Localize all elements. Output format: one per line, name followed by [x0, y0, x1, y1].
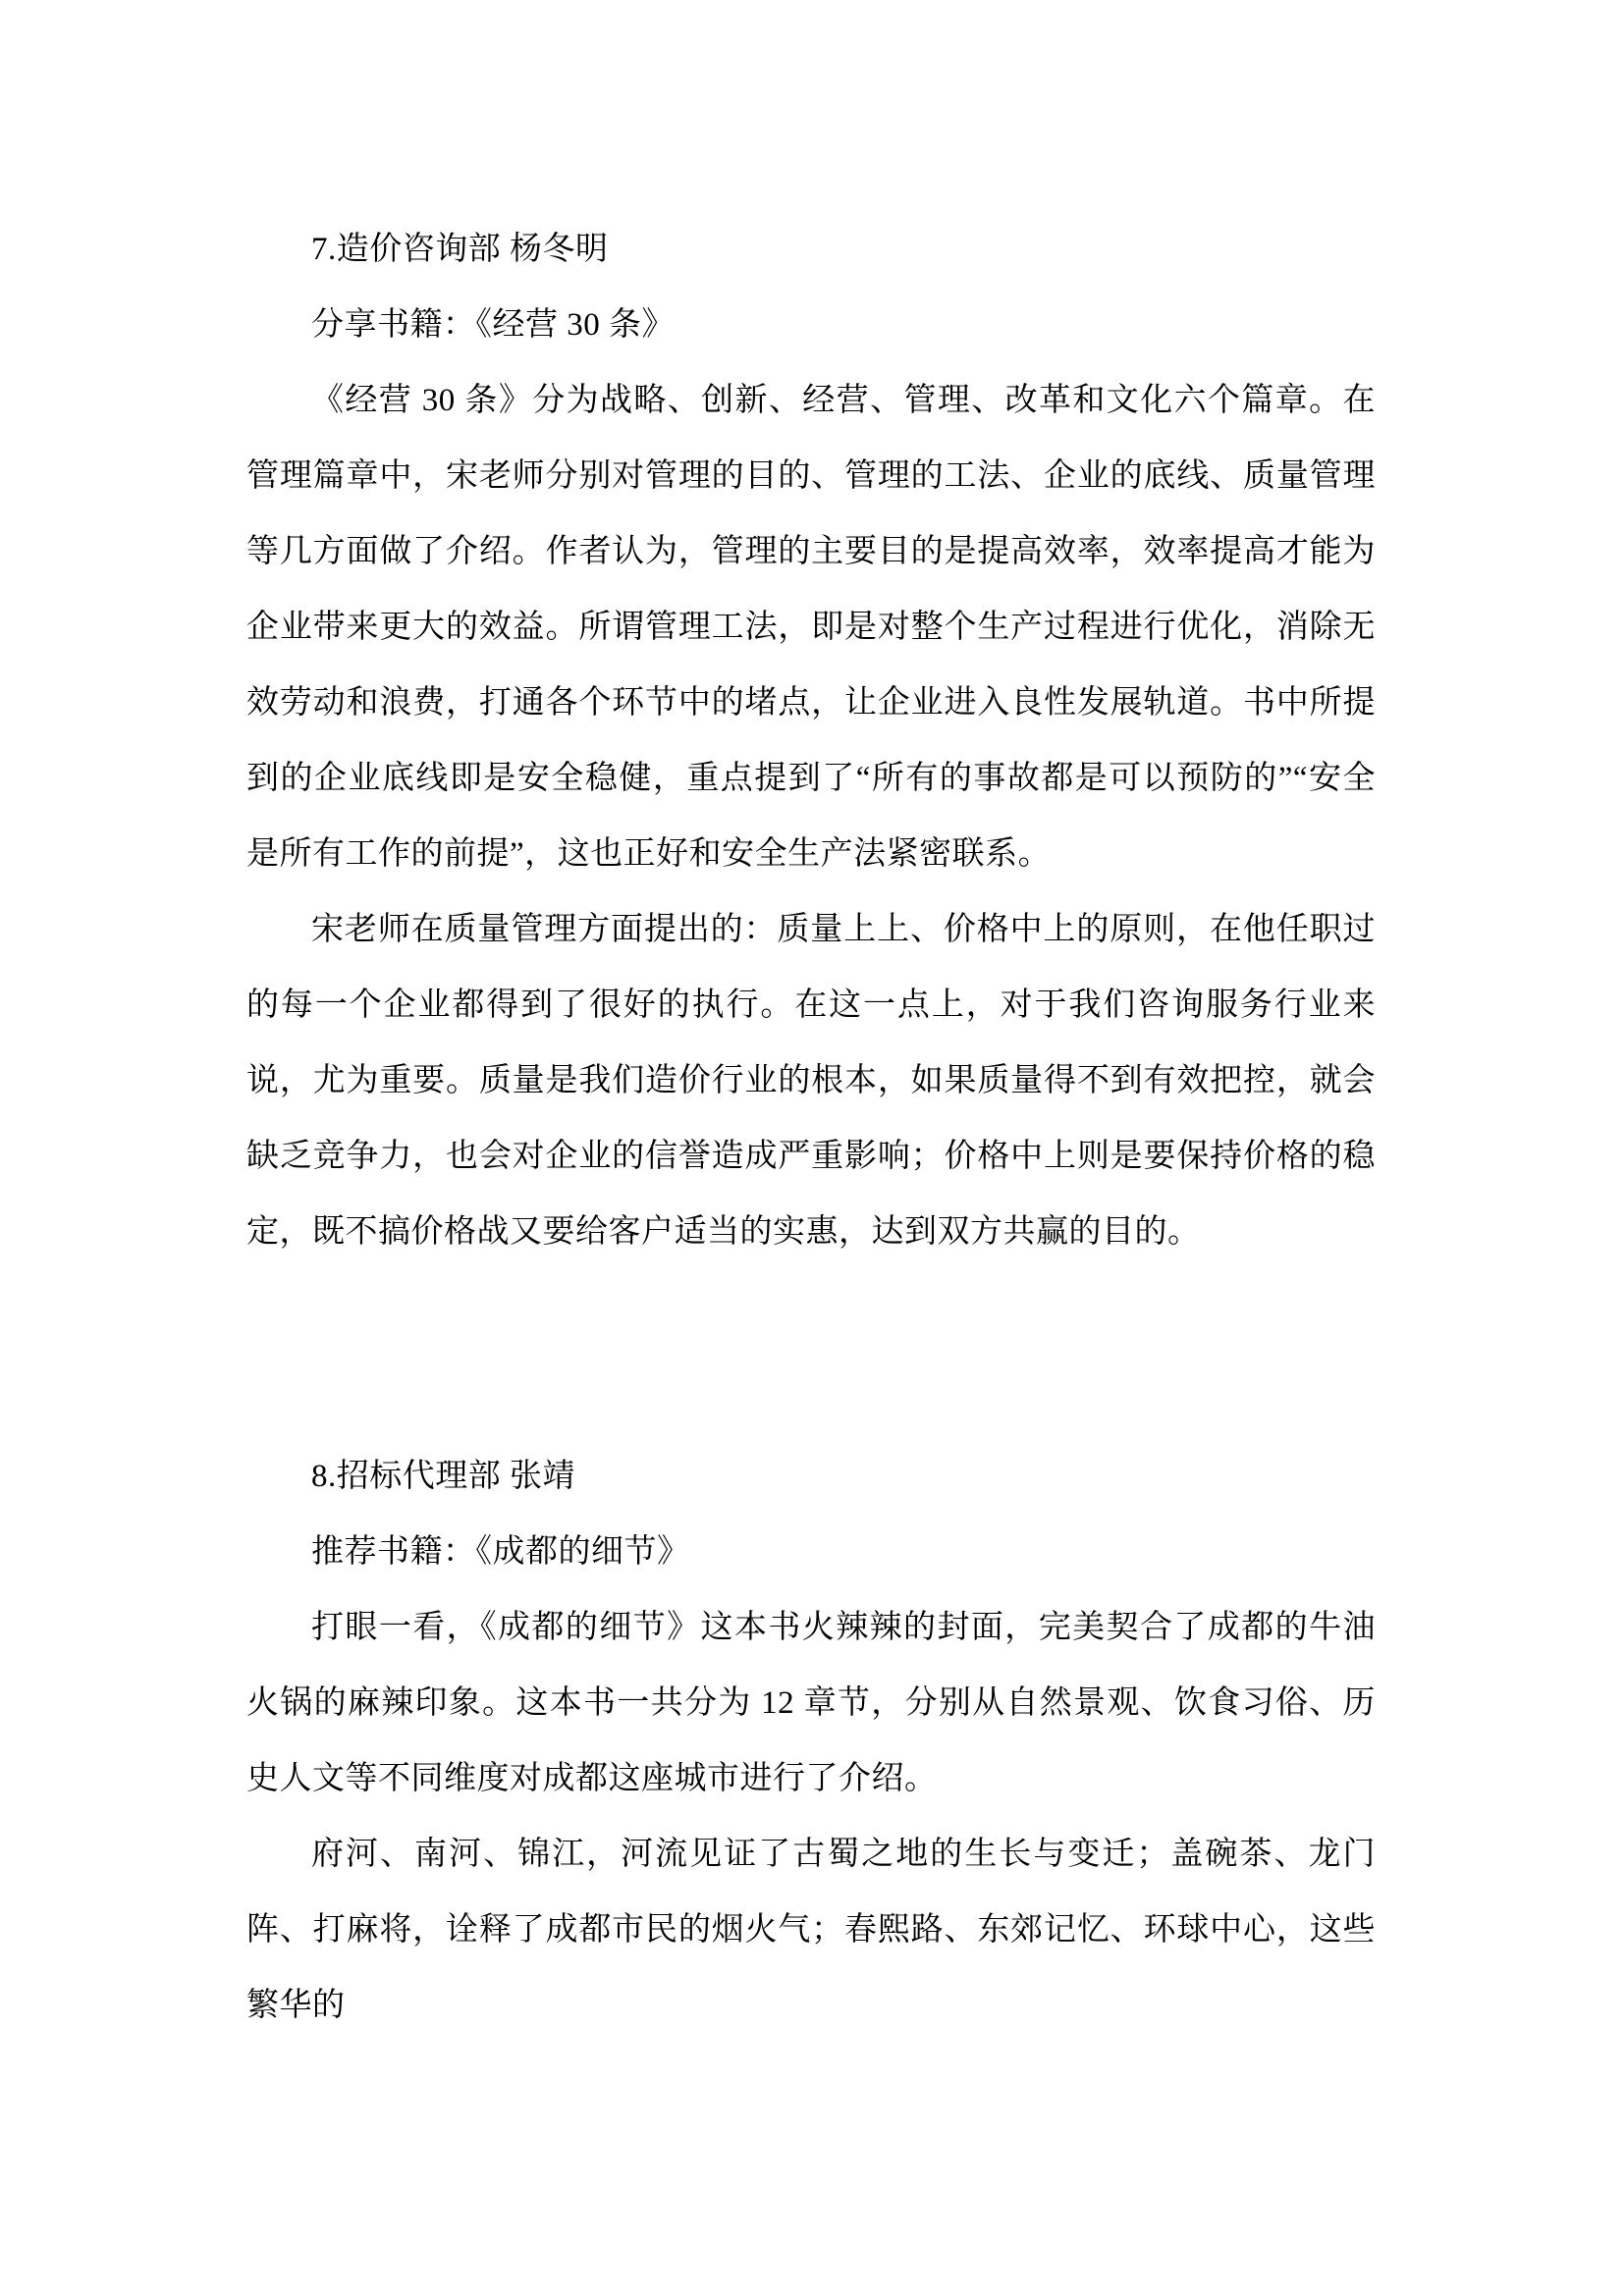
- section-8-paragraph-2: 府河、南河、锦江，河流见证了古蜀之地的生长与变迁；盖碗茶、龙门阵、打麻将，诠释了…: [246, 1817, 1376, 2044]
- section-8-bidding-agency: 8.招标代理部 张靖 推荐书籍：《成都的细节》 打眼一看，《成都的细节》这本书火…: [246, 1439, 1376, 2044]
- document-page: 7.造价咨询部 杨冬明 分享书籍：《经营 30 条》 《经营 30 条》分为战略…: [0, 0, 1624, 2296]
- section-7-paragraph-2: 宋老师在质量管理方面提出的：质量上上、价格中上的原则，在他任职过的每一个企业都得…: [246, 892, 1376, 1270]
- section-gap: [246, 1270, 1376, 1439]
- section-8-paragraph-1: 打眼一看，《成都的细节》这本书火辣辣的封面，完美契合了成都的牛油火锅的麻辣印象。…: [246, 1590, 1376, 1817]
- section-7-cost-consulting: 7.造价咨询部 杨冬明 分享书籍：《经营 30 条》 《经营 30 条》分为战略…: [246, 212, 1376, 1270]
- section-7-paragraph-1: 《经营 30 条》分为战略、创新、经营、管理、改革和文化六个篇章。在管理篇章中，…: [246, 363, 1376, 892]
- section-8-book-line: 推荐书籍：《成都的细节》: [246, 1515, 1376, 1590]
- section-7-heading: 7.造价咨询部 杨冬明: [246, 212, 1376, 288]
- section-7-book-line: 分享书籍：《经营 30 条》: [246, 288, 1376, 363]
- section-8-heading: 8.招标代理部 张靖: [246, 1439, 1376, 1515]
